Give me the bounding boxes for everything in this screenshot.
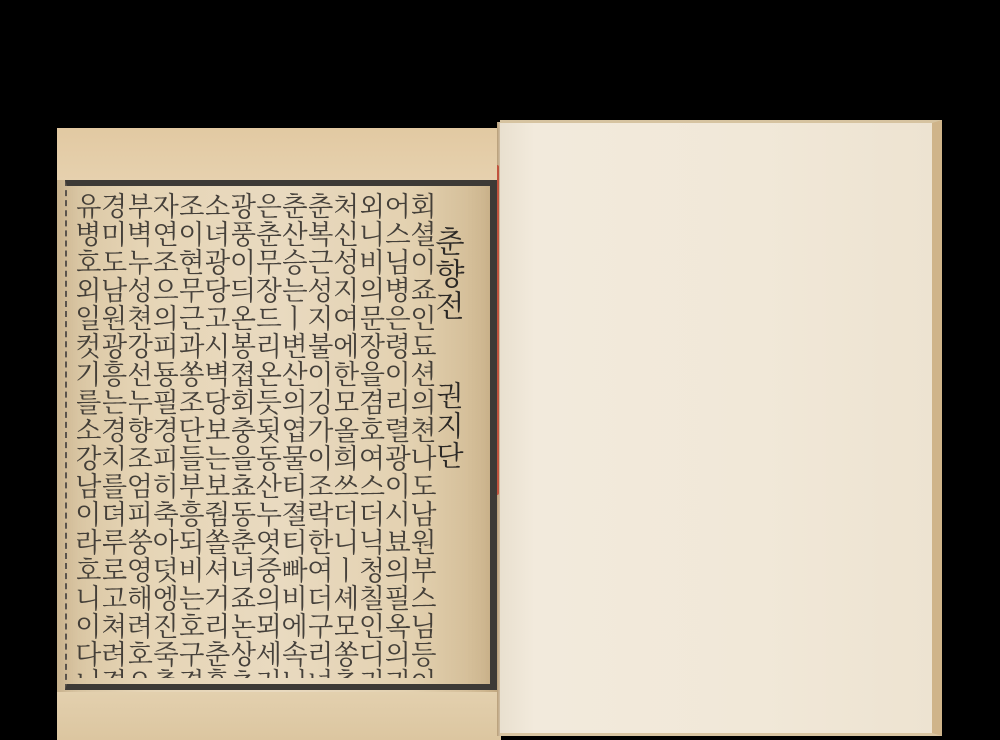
text-column: 어스님병은령이리렬광이시뵤의필옥의괴장필득쪽지풍치: [386, 192, 412, 678]
text-column: 부벽누성쳔강선누향조엄피쑹영해려호오미경승호: [129, 192, 155, 678]
printed-text-frame: 춘향전 권지단 회셜이죠인됴션의쳔나도남원부스님등이호일당을드 어스님병은령이리…: [65, 180, 497, 690]
binding-thread: [494, 165, 499, 495]
text-column: 회셜이죠인됴션의쳔나도남원부스님등이호일당을드: [412, 192, 438, 678]
text-column: 자연조으의피둉필경피히축아덧엥진죽츅셔누평양: [154, 192, 180, 678]
text-column: 외니비의문장을겸호여스더닉청칠인디리업더라최방의잇: [361, 192, 387, 678]
text-column: 춘산승는ㅣ변산의엽물티졀티빠비에속님ㅣ는진친스오라분: [283, 192, 309, 678]
text-column: 경미도남원광흥는경치를뎌루로고쳐려경수업겨도광도므이: [103, 192, 129, 678]
top-margin: [57, 128, 501, 180]
text-column: 소녀광당고시벽당보는보줨쏠셔거리춘흥을못니긔여회: [206, 192, 232, 678]
left-page: 춘향전 권지단 회셜이죠인됴션의쳔나도남원부스님등이호일당을드 어스님병은령이리…: [57, 128, 501, 740]
text-column: 은춘무장드리온듯됫동산누엿중의뫼세러흴외야흔: [257, 192, 283, 678]
text-column: 춘복근성지불이깅가이조락한여더구리녀손조보는듭경이: [309, 192, 335, 678]
text-column: 광풍이듸온봉졉회충을쵸동춘녀죠논상츠이런: [232, 192, 258, 678]
bottom-margin: [57, 692, 501, 740]
right-page-blank: [500, 120, 942, 736]
text-column: 유병호외일컷기를소강남이라호니이다니도광한이뼈도츤: [77, 192, 103, 678]
text-column: 처신성지여에한모올희쓰더니ㅣ셰모쏭춘희로호오시졀이라: [335, 192, 361, 678]
title-column: 춘향전 권지단: [440, 186, 490, 684]
text-columns: 회셜이죠인됴션의쳔나도남원부스님등이호일당을드 어스님병은령이리렬광이시뵤의필옥…: [77, 192, 438, 678]
text-column: 조이현무근과쏭조단들부흥되비는호구경처게여그의호흔빙: [180, 192, 206, 678]
